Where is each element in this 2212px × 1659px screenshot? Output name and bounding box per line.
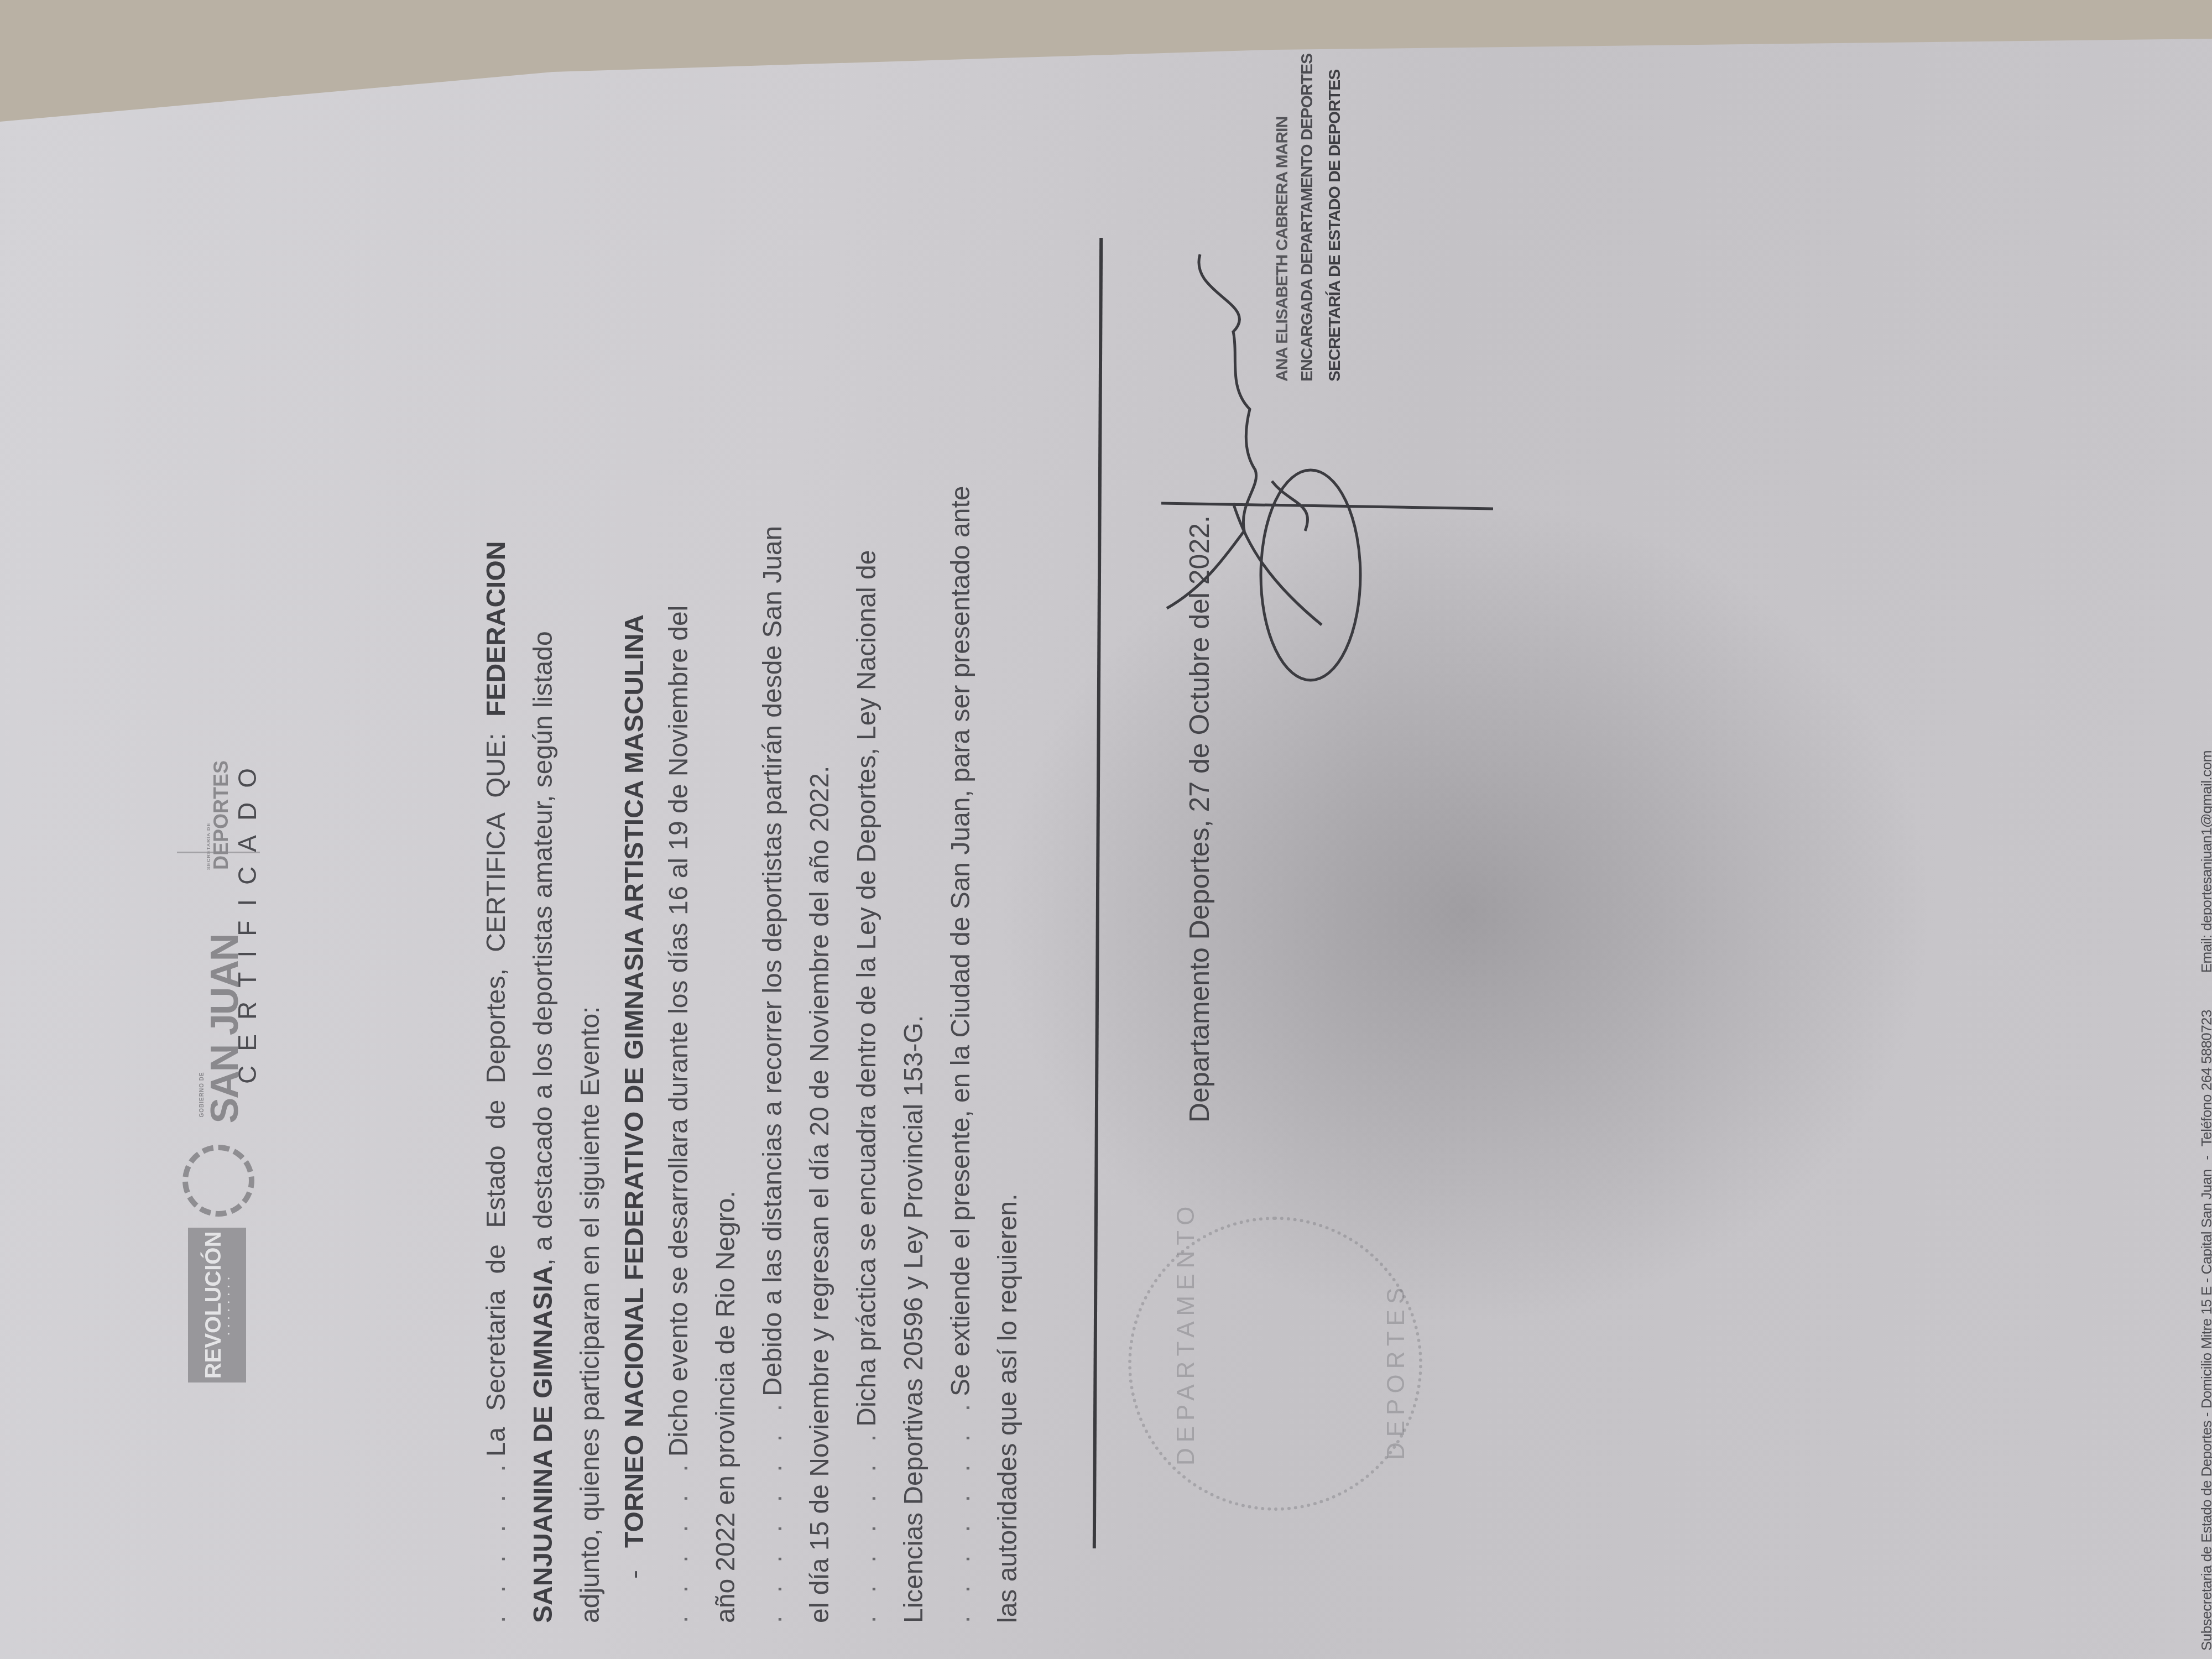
stamp-role: ENCARGADA DEPARTAMENTO DEPORTES xyxy=(1294,54,1321,382)
footer-address: Subsecretaria de Estado de Deportes - Do… xyxy=(2198,1170,2212,1651)
body-line: SANJUANINA DE GIMNASIA, a destacado a lo… xyxy=(528,631,559,1623)
body-line: . . . . . .La Secretaria de Estado de De… xyxy=(481,241,512,1623)
body-line: . . . . . .Dicho evento se desarrollara … xyxy=(664,606,694,1623)
seal-text-bottom: DEPORTES xyxy=(1383,1282,1410,1460)
footer-email: Email: deportesanjuan1@gmail.com xyxy=(2198,750,2212,973)
body-line: -TORNEO NACIONAL FEDERATIVO DE GIMNASIA … xyxy=(619,614,650,1623)
divider-rule-left xyxy=(1093,238,1103,1548)
body-line: las autoridades que así lo requieren. xyxy=(993,1193,1023,1623)
footer-phone: Teléfono 264 5880723 xyxy=(2198,1010,2212,1146)
body-line: adjunto, quienes participaran en el sigu… xyxy=(575,1006,606,1623)
body-line: . . . . . . .Dicha práctica se encuadra … xyxy=(852,550,882,1623)
seal-text-top: DEPARTAMENTO xyxy=(1172,1201,1200,1465)
logo-revolucion: REVOLUCIÓN • • • • • • • • xyxy=(188,1228,246,1383)
body-line: año 2022 en provincia de Rio Negro. xyxy=(711,1191,741,1623)
document-page: REVOLUCIÓN • • • • • • • • GOBIERNO DE S… xyxy=(0,0,2212,1659)
body-line: . . . . . . . .Debido a las distancias a… xyxy=(758,526,788,1623)
body-line: . . . . . . . .Se extiende el presente, … xyxy=(946,486,976,1623)
footer-separator: - xyxy=(2198,1156,2212,1160)
sun-swirl-icon xyxy=(182,1145,254,1217)
stamp-office: SECRETARÍA DE ESTADO DE DEPORTES xyxy=(1322,70,1348,382)
document-title-text: CERTIFICADO xyxy=(232,754,262,1084)
body-line: Licencias Deportivas 20596 y Ley Provinc… xyxy=(899,1015,929,1623)
body-line: el día 15 de Noviembre y regresan el día… xyxy=(805,766,835,1623)
stamp-name: ANA ELISABETH CABRERA MARIN xyxy=(1269,117,1296,382)
footer: Subsecretaria de Estado de Deportes - Do… xyxy=(2198,750,2212,1651)
